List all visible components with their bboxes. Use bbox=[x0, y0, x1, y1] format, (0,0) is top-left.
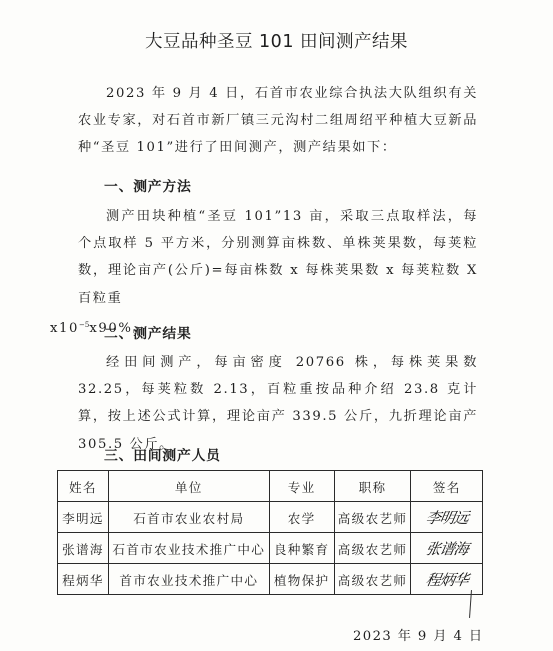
cell-major: 植物保护 bbox=[269, 564, 334, 595]
cell-name: 李明远 bbox=[58, 502, 109, 533]
table-row: 程炳华 首市农业技术推广中心 植物保护 高级农艺师 程炳华 bbox=[58, 564, 483, 595]
cell-title: 高级农艺师 bbox=[334, 533, 411, 564]
cell-title: 高级农艺师 bbox=[334, 564, 411, 595]
cell-major: 良种繁育 bbox=[269, 533, 334, 564]
header-major: 专业 bbox=[269, 471, 334, 502]
cell-title: 高级农艺师 bbox=[334, 502, 411, 533]
header-title: 职称 bbox=[334, 471, 411, 502]
section-heading-method: 一、测产方法 bbox=[104, 175, 192, 195]
formula-exponent: −5 bbox=[79, 321, 89, 329]
document-title: 大豆品种圣豆 101 田间测产结果 bbox=[0, 28, 553, 53]
method-text: 测产田块种植“圣豆 101”13 亩，采取三点取样法，每个点取样 5 平方米，分… bbox=[78, 209, 478, 306]
cell-unit: 石首市农业技术推广中心 bbox=[108, 533, 269, 564]
table-row: 张谱海 石首市农业技术推广中心 良种繁育 高级农艺师 张谱海 bbox=[58, 533, 483, 564]
cell-signature: 张谱海 bbox=[411, 533, 483, 564]
table-header-row: 姓名 单位 专业 职称 签名 bbox=[58, 471, 483, 502]
table-row: 李明远 石首市农业农村局 农学 高级农艺师 李明远 bbox=[58, 502, 483, 533]
intro-paragraph: 2023 年 9 月 4 日，石首市农业综合执法大队组织有关农业专家，对石首市新… bbox=[78, 80, 478, 162]
cell-signature: 李明远 bbox=[411, 502, 483, 533]
footer-date: 2023 年 9 月 4 日 bbox=[353, 625, 483, 644]
cell-major: 农学 bbox=[269, 502, 334, 533]
handwritten-signature: 李明远 bbox=[424, 507, 470, 528]
cell-name: 张谱海 bbox=[58, 533, 109, 564]
cell-unit: 首市农业技术推广中心 bbox=[108, 564, 269, 595]
cell-unit: 石首市农业农村局 bbox=[108, 502, 269, 533]
header-signature: 签名 bbox=[411, 471, 483, 502]
header-name: 姓名 bbox=[58, 471, 109, 502]
header-unit: 单位 bbox=[108, 471, 269, 502]
section-heading-result: 二、测产结果 bbox=[104, 322, 192, 342]
staff-table: 姓名 单位 专业 职称 签名 李明远 石首市农业农村局 农学 高级农艺师 李明远… bbox=[57, 470, 483, 595]
handwritten-signature: 张谱海 bbox=[424, 538, 470, 559]
cell-name: 程炳华 bbox=[58, 564, 109, 595]
formula-prefix: x10 bbox=[50, 321, 79, 336]
section-heading-staff: 三、田间测产人员 bbox=[104, 444, 221, 464]
handwritten-signature: 程炳华 bbox=[424, 569, 470, 590]
result-paragraph: 经田间测产，每亩密度 20766 株，每株荚果数 32.25，每荚粒数 2.13… bbox=[78, 349, 478, 458]
